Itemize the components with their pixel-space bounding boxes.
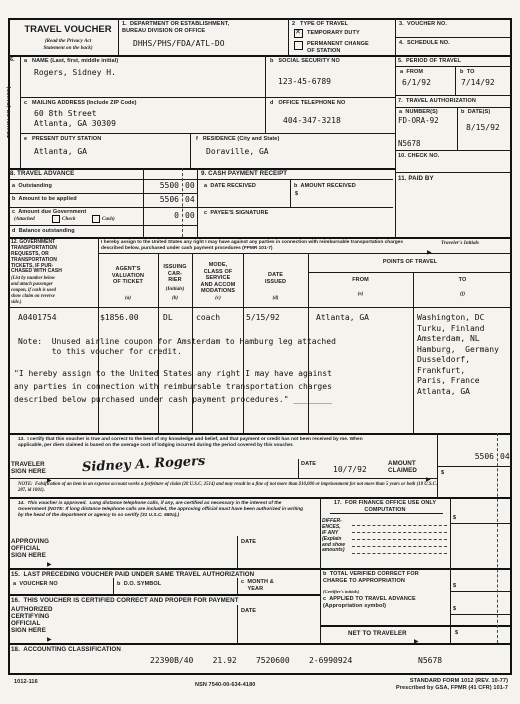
period-to-label: b TO (460, 69, 474, 76)
divider (395, 18, 396, 237)
period-from-label: a FROM (400, 69, 423, 76)
approving-official-label: APPROVING OFFICIAL SIGN HERE (11, 538, 49, 559)
col-valuation-header: AGENT'S VALUATION OF TICKET (100, 266, 156, 286)
advance-due-label: c Amount due Government (12, 209, 86, 216)
department-value: DHHS/PHS/FDA/ATL-DO (133, 39, 225, 49)
amount-claimed-label: AMOUNT CLAIMED (388, 460, 417, 474)
assignment-text: I hereby assign to the United States any… (101, 240, 423, 252)
auth-number-label: a NUMBER(S) (399, 109, 438, 116)
unused-coupon-note: Note: Unused airline coupon for Amsterda… (18, 337, 336, 358)
schedule-no-label: 4. SCHEDULE NO. (399, 40, 450, 47)
fill-line (352, 553, 447, 554)
falsification-note: NOTE: Falsification of an item in an exp… (18, 482, 438, 494)
divider (8, 225, 197, 226)
mailing-address-value: 60 8th Street Atlanta, GA 30309 (34, 109, 116, 130)
divider (395, 95, 512, 96)
period-of-travel-label: 5. PERIOD OF TRAVEL (398, 58, 461, 65)
divider (8, 237, 512, 239)
col-valuation-key: (a) (100, 295, 156, 302)
to-key: (f) (415, 291, 510, 298)
certifier-initials-label: (Certifier's initials) (323, 589, 359, 595)
due-cash-checkbox (92, 215, 100, 223)
certify-date-value: 10/7/92 (333, 465, 367, 475)
divider (8, 594, 320, 596)
assignment-quote: "I hereby assign to the United States an… (14, 368, 332, 407)
auth-number-value-2: N5678 (398, 139, 421, 149)
divider (308, 272, 512, 273)
phone-value: 404-347-3218 (283, 116, 341, 126)
fill-line (352, 546, 447, 547)
ticket-number-value: A0401754 (18, 313, 57, 323)
divider (320, 497, 321, 643)
from-key: (e) (310, 291, 411, 298)
divider (395, 150, 512, 151)
arrow-right-icon (414, 630, 419, 648)
divider (8, 207, 393, 208)
certified-correct-label: 16. THIS VOUCHER IS CERTIFIED CORRECT AN… (11, 597, 239, 604)
divider (450, 523, 512, 524)
divider (20, 133, 395, 134)
temporary-duty-label: TEMPORARY DUTY (307, 30, 360, 37)
differences-label: DIFFER- ENCES, IF ANY (Explain and show … (322, 519, 345, 554)
col-mode-key: (c) (194, 295, 242, 302)
permanent-change-checkbox (294, 41, 303, 50)
col-carrier-header: ISSUING CAR- RIER (159, 264, 191, 284)
divider (8, 307, 512, 308)
form-title: TRAVEL VOUCHER (20, 25, 116, 35)
duty-station-label: e PRESENT DUTY STATION (24, 136, 101, 143)
phone-label: d OFFICE TELEPHONE NO (270, 100, 345, 107)
divider (450, 591, 512, 592)
accounting-values: 22390B/40 21.92 7520600 2-6990924 (150, 656, 352, 666)
total-verified-dollar-sign: $ (453, 583, 456, 590)
certify-date-label: DATE (301, 461, 316, 468)
auth-date-value: 8/15/92 (466, 123, 500, 133)
preceding-do-symbol-label: b D.O. SYMBOL (117, 581, 161, 588)
divider (290, 179, 291, 207)
voucher-no-label: 3. VOUCHER NO. (399, 21, 447, 28)
mailing-address-label: c MAILING ADDRESS (Include ZIP Code) (24, 100, 137, 107)
residence-label: f RESIDENCE (City and State) (196, 136, 279, 143)
period-from-value: 6/1/92 (402, 78, 431, 88)
duty-station-value: Atlanta, GA (34, 147, 87, 157)
traveler-signature: Sidney A. Rogers (82, 455, 206, 474)
check-no-label: 10. CHECK NO. (398, 153, 439, 160)
divider (8, 673, 512, 675)
traveler-payee-band: TRAVELER (PAYEE) (8, 60, 20, 165)
ssn-label: b SOCIAL SECURITY NO (270, 58, 340, 65)
fill-line (352, 532, 447, 533)
applied-to-advance-label: c APPLIED TO TRAVEL ADVANCE (Appropriati… (323, 596, 416, 609)
divider (455, 66, 456, 95)
paid-by-label: 11. PAID BY (398, 175, 434, 182)
transport-box-note: (List by number below and attach passeng… (11, 276, 56, 306)
cents-divider (182, 168, 183, 237)
amount-dollar-sign: $ (441, 470, 444, 477)
amount-claimed-cents: 04 (500, 452, 510, 462)
temporary-duty-checkbox (294, 29, 303, 38)
amount-claimed-value: 5506 (450, 452, 494, 462)
signature-line (8, 478, 437, 479)
divider (450, 497, 451, 643)
divider (190, 133, 191, 168)
due-cash-label: Cash) (102, 216, 115, 223)
advance-applied-value: 5506 (146, 195, 179, 205)
computation-label: COMPUTATION (322, 507, 448, 514)
date-issued-value: 5/15/92 (246, 313, 280, 323)
col-date-header: DATE ISSUED (245, 272, 306, 285)
divider (143, 168, 144, 237)
period-to-value: 7/14/92 (461, 78, 495, 88)
divider (265, 55, 266, 133)
prescribed-by-note: Prescribed by GSA, FPMR (41 CFR) 101-7 (350, 685, 508, 692)
divider (457, 107, 458, 150)
accounting-label: 18. ACCOUNTING CLASSIFICATION (11, 646, 121, 653)
standard-form-number: STANDARD FORM 1012 (REV. 10-77) (350, 678, 508, 685)
certified-date-label: DATE (241, 608, 256, 615)
ssn-value: 123-45-6789 (278, 77, 331, 87)
department-label: 1. DEPARTMENT OR ESTABLISHMENT, BUREAU D… (122, 21, 286, 34)
receipt-date-label: a DATE RECEIVED (204, 183, 256, 190)
permanent-change-label: PERMANENT CHANGE OF STATION (307, 41, 369, 54)
traveler-sign-here-label: TRAVELER SIGN HERE (11, 461, 46, 475)
divider (395, 37, 512, 38)
residence-value: Doraville, GA (206, 147, 269, 157)
approval-date-label: DATE (241, 539, 256, 546)
form-border-right (510, 18, 512, 673)
computation-dollar-sign: $ (453, 515, 456, 522)
divider (98, 253, 512, 254)
divider (288, 18, 289, 55)
divider (320, 625, 512, 627)
to-value: Washington, DC Turku, Finland Amsterdam,… (417, 313, 499, 397)
name-value: Rogers, Sidney H. (34, 68, 116, 78)
advance-applied-label: b Amount to be applied (12, 196, 77, 203)
preceding-voucher-no-label: a VOUCHER NO (13, 581, 58, 588)
due-check-label: Check (62, 216, 76, 223)
divider (20, 97, 395, 98)
mode-value: coach (196, 313, 220, 323)
privacy-note: (Read the Privacy Act Statement on the b… (20, 38, 116, 51)
approval-text: 14. This voucher is approved. Long dista… (18, 501, 308, 520)
divider (8, 643, 512, 645)
valuation-value: $1856.00 (100, 313, 139, 323)
from-value: Atlanta, GA (316, 313, 369, 323)
divider (8, 18, 512, 20)
col-mode-header: MODE, CLASS OF SERVICE AND ACCOM MODATIO… (194, 262, 242, 295)
divider (413, 272, 414, 433)
fill-line (352, 539, 447, 540)
arrow-right-icon (427, 241, 432, 259)
advance-outstanding-cents: 00 (185, 181, 195, 191)
divider (113, 578, 114, 594)
receipt-dollar-sign: $ (295, 191, 298, 198)
travel-advance-label: 8. TRAVEL ADVANCE (10, 170, 74, 177)
payee-signature-label: c PAYEE'S SIGNATURE (204, 210, 268, 217)
arrow-right-icon (47, 553, 52, 571)
divider (8, 568, 512, 570)
nsn-number: NSN 7540-00-634-4180 (195, 682, 255, 689)
carrier-value: DL (163, 313, 173, 323)
divider (237, 605, 238, 643)
accounting-extra-value: N5678 (418, 656, 442, 666)
certify-text: 13. I certify that this voucher is true … (18, 437, 363, 449)
divider (395, 172, 512, 173)
total-verified-label: b TOTAL VERIFIED CORRECT FOR CHARGE TO A… (323, 571, 419, 584)
divider (298, 459, 299, 478)
divider (437, 466, 512, 467)
divider (450, 614, 512, 615)
preceding-voucher-label: 15. LAST PRECEDING VOUCHER PAID UNDER SA… (11, 571, 254, 578)
divider (395, 107, 512, 108)
divider (395, 66, 512, 67)
net-to-traveler-label: NET TO TRAVELER (348, 630, 407, 637)
due-check-checkbox (52, 215, 60, 223)
transport-box-label: 12. GOVERNMENT TRANSPORTATION REQUESTS, … (11, 240, 62, 275)
col-carrier-note: (Initials) (159, 286, 191, 293)
advance-applied-cents: 04 (185, 195, 195, 205)
divider (197, 168, 198, 237)
preceding-month-year-label: c MONTH & YEAR (241, 579, 274, 592)
divider (237, 536, 238, 568)
divider (237, 578, 238, 594)
finance-office-label: 17. FOR FINANCE OFFICE USE ONLY (322, 500, 448, 507)
divider (8, 55, 512, 57)
advance-due-cents: 00 (185, 211, 195, 221)
divider (8, 193, 197, 194)
cents-divider (497, 433, 498, 643)
to-header: TO (415, 277, 510, 284)
divider (8, 179, 393, 180)
col-carrier-key: (b) (159, 295, 191, 302)
advance-attached-label: (Attached (14, 216, 35, 223)
applied-dollar-sign: $ (453, 606, 456, 613)
fill-line (352, 525, 447, 526)
auth-date-label: b DATE(S) (461, 109, 490, 116)
form-edition-number: 1012-116 (14, 679, 38, 686)
advance-outstanding-label: a Outstanding (12, 183, 52, 190)
advance-balance-label: d Balance outstanding (12, 228, 75, 235)
travel-authorization-label: 7. TRAVEL AUTHORIZATION (398, 98, 476, 105)
name-label: a NAME (Last, first, middle initial) (24, 58, 118, 65)
cash-receipt-label: 9. CASH PAYMENT RECEIPT (201, 170, 287, 177)
points-of-travel-header: POINTS OF TRAVEL (310, 259, 510, 266)
travel-voucher-form: TRAVEL VOUCHER (Read the Privacy Act Sta… (0, 0, 520, 704)
from-header: FROM (310, 277, 411, 284)
advance-outstanding-value: 5500 (146, 181, 179, 191)
col-date-key: (d) (245, 295, 306, 302)
divider (8, 497, 512, 499)
receipt-amount-label: b AMOUNT RECEIVED (294, 183, 356, 190)
arrow-right-icon (47, 628, 52, 646)
item-6-number: 6. (10, 57, 15, 64)
auth-number-value: FD-ORA-92 (398, 116, 439, 126)
net-dollar-sign: $ (455, 630, 458, 637)
advance-due-value: 0 (146, 211, 179, 221)
type-of-travel-label: 2 TYPE OF TRAVEL (292, 21, 348, 28)
divider (118, 18, 119, 55)
travelers-initials-label: Traveler's Initials (441, 240, 509, 247)
divider (20, 55, 21, 168)
